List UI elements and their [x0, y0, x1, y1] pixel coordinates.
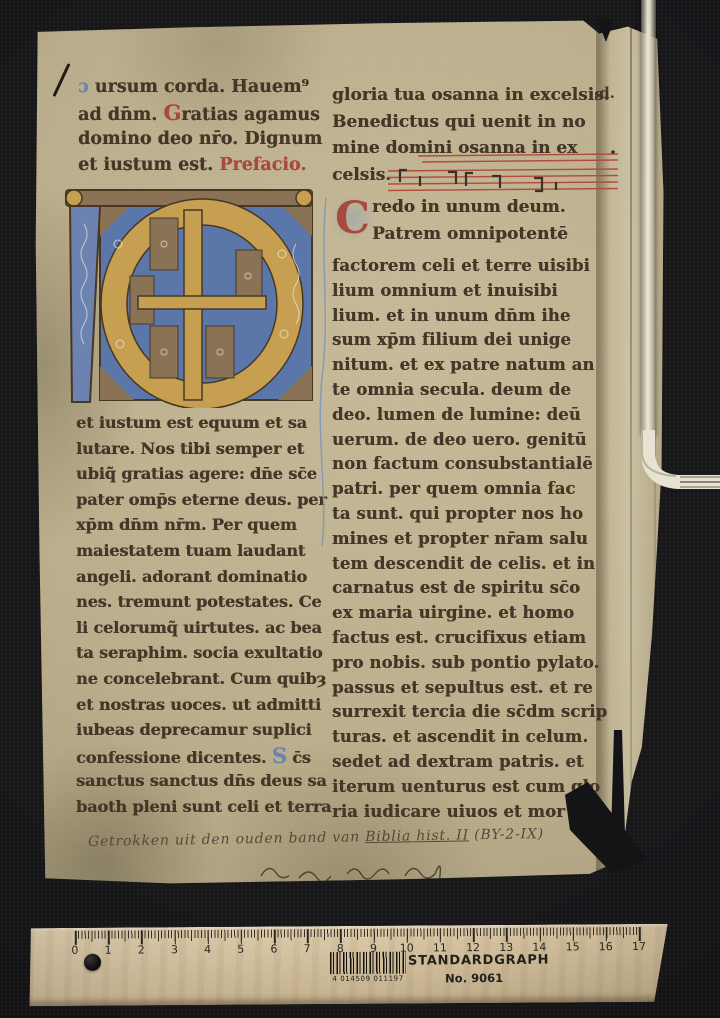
manuscript-line: ta seraphim. socia exultatio	[76, 640, 331, 666]
manuscript-line: et nostras uoces. ut admitti	[76, 692, 331, 718]
cm-tick: 5	[241, 930, 243, 944]
manuscript-line: maiestatem tuam laudant	[76, 538, 331, 564]
text-run: et nostras uoces. ut admitti	[76, 695, 321, 714]
ruler-model: No. 9061	[408, 971, 540, 986]
manuscript-line: domino deo nr̄o. Dignum	[78, 126, 322, 152]
manuscript-line: sum xp̄m filium dei unige	[332, 328, 607, 353]
cm-number: 1	[105, 944, 112, 957]
cm-tick: 4	[207, 930, 209, 944]
manuscript-line: deo. lumen de lumine: deū	[332, 403, 607, 428]
text-run: domino deo nr̄o. Dignum	[78, 129, 322, 149]
barcode-digits: 4 014509 011197	[324, 975, 412, 984]
manuscript-line: te omnia secula. deum de	[332, 378, 607, 403]
text-run: factorem celi et terre uisibi	[332, 256, 590, 275]
manuscript-line: baoth pleni sunt celi et terra	[76, 794, 331, 820]
cm-tick: 17	[639, 927, 641, 941]
text-run: lium. et in unum dn̄m ihe	[332, 306, 570, 325]
cm-number: 15	[566, 940, 580, 953]
ruler-hole-dot	[84, 954, 101, 971]
manuscript-line: confessione dicentes. S c̄s	[76, 743, 331, 769]
text-run: te omnia secula. deum de	[332, 380, 571, 399]
text-run: nitum. et ex patre natum an	[332, 355, 594, 374]
credo-section: C redo in unum deum.Patrem omnipotentē	[332, 194, 568, 248]
text-run-redInit: G	[163, 100, 181, 125]
cm-tick: 9	[373, 929, 375, 943]
text-run: Benedictus qui uenit in no	[332, 112, 586, 132]
text-run: deo. lumen de lumine: deū	[332, 405, 581, 424]
music-staff	[360, 146, 622, 198]
text-run: ex maria uirgine. et homo	[332, 603, 574, 622]
cm-tick: 13	[506, 928, 508, 942]
text-run-note: Getrokken uit den ouden band van	[88, 829, 365, 850]
text-run: uerum. de deo uero. genitū	[332, 430, 587, 449]
cm-tick: 11	[440, 928, 442, 942]
text-run: ne concelebrant. Cum quibȝ	[76, 669, 326, 688]
cm-number: 3	[171, 943, 178, 956]
cm-number: 7	[304, 942, 311, 955]
cm-tick: 12	[473, 928, 475, 942]
pen-stroke-mark	[53, 63, 71, 97]
text-run: ursum corda. Hauem⁹	[89, 77, 309, 97]
cm-tick: 6	[274, 930, 276, 944]
manuscript-line: lutare. Nos tibi semper et	[76, 436, 331, 462]
manuscript-line: nes. tremunt potestates. Ce	[76, 589, 331, 615]
pen-trials-scribble	[255, 856, 465, 890]
cm-number: 2	[138, 943, 145, 956]
right-column-body: factorem celi et terre uisibilium omnium…	[332, 254, 607, 824]
cm-tick: 0	[75, 931, 77, 945]
cm-tick: 8	[340, 929, 342, 943]
manuscript-line: angeli. adorant dominatio	[76, 564, 331, 590]
manuscript-line: redo in unum deum.	[372, 194, 568, 221]
glass-weight-strip	[641, 0, 656, 436]
centimeter-scale: 01234567891011121314151617	[28, 924, 668, 928]
cm-number: 0	[71, 944, 78, 957]
dutch-ink-note: Getrokken uit den ouden band van Biblia …	[88, 826, 544, 850]
cm-tick: 14	[539, 928, 541, 942]
manuscript-line: ex maria uirgine. et homo	[332, 601, 607, 626]
manuscript-page: ɔ ursum corda. Hauem⁹ad dn̄m. Gratias ag…	[30, 18, 666, 886]
manuscript-line: passus et sepultus est. et re	[332, 676, 607, 701]
text-run: xp̄m dn̄m nr̄m. Per quem	[76, 515, 297, 534]
text-run: iubeas deprecamur suplici	[76, 720, 311, 739]
text-run: ad dn̄m.	[78, 105, 163, 125]
gutter-pen-flourish	[316, 198, 332, 548]
cm-tick: 1	[108, 931, 110, 945]
manuscript-line: sanctus sanctus dn̄s deus sa	[76, 768, 331, 794]
text-run: Patrem omnipotentē	[372, 224, 568, 244]
manuscript-line: factus est. crucifixus etiam	[332, 626, 607, 651]
catchword: .d.	[594, 84, 615, 102]
text-run-red: Prefacio.	[219, 155, 306, 175]
text-run: lium omnium et inuisibi	[332, 281, 558, 300]
text-run: c̄s	[287, 748, 311, 767]
manuscript-line: iubeas deprecamur suplici	[76, 717, 331, 743]
manuscript-line: lium. et in unum dn̄m ihe	[332, 304, 607, 329]
manuscript-line: patri. per quem omnia fac	[332, 477, 607, 502]
credo-initial: C	[332, 194, 373, 244]
manuscript-line: sedet ad dextram patris. et	[332, 750, 607, 775]
text-run-note: (BY-2-IX)	[469, 826, 544, 843]
left-column-opening-lines: ɔ ursum corda. Hauem⁹ad dn̄m. Gratias ag…	[78, 74, 322, 178]
cm-number: 4	[204, 943, 211, 956]
manuscript-line: lium omnium et inuisibi	[332, 279, 607, 304]
illuminated-initial-VD-graphic	[60, 184, 318, 408]
text-run: ubiq̃ gratias agere: dn̄e sc̄e	[76, 464, 317, 483]
text-run: ria iudicare uiuos et mor	[332, 802, 565, 821]
cm-tick: 16	[606, 927, 608, 941]
manuscript-line: pro nobis. sub pontio pylato.	[332, 651, 607, 676]
manuscript-line: ria iudicare uiuos et mor	[332, 800, 607, 825]
text-run: patri. per quem omnia fac	[332, 479, 576, 498]
text-run-blueInit: S	[272, 743, 287, 768]
text-run: ratias agamus	[181, 105, 320, 125]
manuscript-line: surrexit tercia die sc̄dm scrip	[332, 700, 607, 725]
text-run: ta sunt. qui propter nos ho	[332, 504, 583, 523]
text-run: surrexit tercia die sc̄dm scrip	[332, 702, 607, 721]
text-run: gloria tua osanna in excelsis.	[332, 85, 610, 105]
illuminated-initial-VD	[60, 184, 318, 408]
text-run: baoth pleni sunt celi et terra	[76, 797, 331, 816]
manuscript-line: Getrokken uit den ouden band van Biblia …	[88, 826, 544, 850]
manuscript-line: Benedictus qui uenit in no	[332, 109, 610, 136]
glass-weight-strip-bend	[632, 430, 720, 508]
text-run: turas. et ascendit in celum.	[332, 727, 588, 746]
wooden-ruler: 01234567891011121314151617 4 014509 0111…	[28, 924, 669, 1006]
manuscript-line: et iustum est equum et sa	[76, 410, 331, 436]
manuscript-line: nitum. et ex patre natum an	[332, 353, 607, 378]
manuscript-line: tem descendit de celis. et in	[332, 552, 607, 577]
manuscript-line: gloria tua osanna in excelsis.	[332, 82, 610, 109]
manuscript-line: turas. et ascendit in celum.	[332, 725, 607, 750]
cm-tick: 3	[174, 930, 176, 944]
manuscript-line: ta sunt. qui propter nos ho	[332, 502, 607, 527]
manuscript-line: pater omp̄s eterne deus. per	[76, 487, 331, 513]
text-run: pro nobis. sub pontio pylato.	[332, 653, 599, 672]
text-run: angeli. adorant dominatio	[76, 567, 307, 586]
text-run: iterum uenturus est cum glo	[332, 777, 600, 796]
manuscript-line: li celorumq̃ uirtutes. ac bea	[76, 615, 331, 641]
manuscript-line: factorem celi et terre uisibi	[332, 254, 607, 279]
text-run: confessione dicentes.	[76, 748, 272, 767]
half-centimeter-ticks	[75, 927, 642, 942]
text-run: nes. tremunt potestates. Ce	[76, 592, 321, 611]
text-run: lutare. Nos tibi semper et	[76, 439, 304, 458]
photo-scene: ɔ ursum corda. Hauem⁹ad dn̄m. Gratias ag…	[0, 0, 720, 1018]
ruler-brand: STANDARDGRAPH	[408, 953, 540, 969]
manuscript-line: non factum consubstantialē	[332, 452, 607, 477]
text-run: mines et propter nr̄am salu	[332, 529, 588, 548]
cm-number: 5	[237, 943, 244, 956]
cm-tick: 2	[141, 930, 143, 944]
text-run: non factum consubstantialē	[332, 454, 593, 473]
barcode	[330, 952, 406, 975]
manuscript-line: mines et propter nr̄am salu	[332, 527, 607, 552]
cm-tick: 10	[407, 929, 409, 943]
text-run: et iustum est.	[78, 155, 219, 175]
text-run: carnatus est de spiritu sc̄o	[332, 578, 580, 597]
manuscript-line: Patrem omnipotentē	[372, 221, 568, 248]
text-run: et iustum est equum et sa	[76, 413, 307, 432]
text-run: sanctus sanctus dn̄s deus sa	[76, 771, 327, 790]
manuscript-line: ad dn̄m. Gratias agamus	[78, 100, 322, 126]
cm-number: 6	[270, 942, 277, 955]
manuscript-line: ubiq̃ gratias agere: dn̄e sc̄e	[76, 461, 331, 487]
cm-tick: 7	[307, 929, 309, 943]
text-run: factus est. crucifixus etiam	[332, 628, 586, 647]
neume-marks	[400, 170, 556, 191]
text-run: passus et sepultus est. et re	[332, 678, 593, 697]
cm-number: 17	[632, 940, 646, 953]
manuscript-line: xp̄m dn̄m nr̄m. Per quem	[76, 512, 331, 538]
text-run: ta seraphim. socia exultatio	[76, 643, 322, 662]
text-run: sedet ad dextram patris. et	[332, 752, 584, 771]
manuscript-line: et iustum est. Prefacio.	[78, 152, 322, 178]
text-run: li celorumq̃ uirtutes. ac bea	[76, 618, 322, 637]
text-run: maiestatem tuam laudant	[76, 541, 305, 560]
cm-tick: 15	[572, 927, 574, 941]
manuscript-line: uerum. de deo uero. genitū	[332, 428, 607, 453]
text-run-noteU: Biblia hist. II	[365, 827, 469, 845]
text-run-blue: ɔ	[78, 77, 89, 97]
cm-number: 16	[599, 940, 613, 953]
manuscript-line: ne concelebrant. Cum quibȝ	[76, 666, 331, 692]
text-run: tem descendit de celis. et in	[332, 554, 595, 573]
manuscript-line: carnatus est de spiritu sc̄o	[332, 576, 607, 601]
manuscript-line: ɔ ursum corda. Hauem⁹	[78, 74, 322, 100]
text-run: redo in unum deum.	[372, 197, 566, 217]
left-column-body: et iustum est equum et salutare. Nos tib…	[76, 410, 331, 820]
text-run: pater omp̄s eterne deus. per	[76, 490, 327, 509]
text-run: sum xp̄m filium dei unige	[332, 330, 571, 349]
